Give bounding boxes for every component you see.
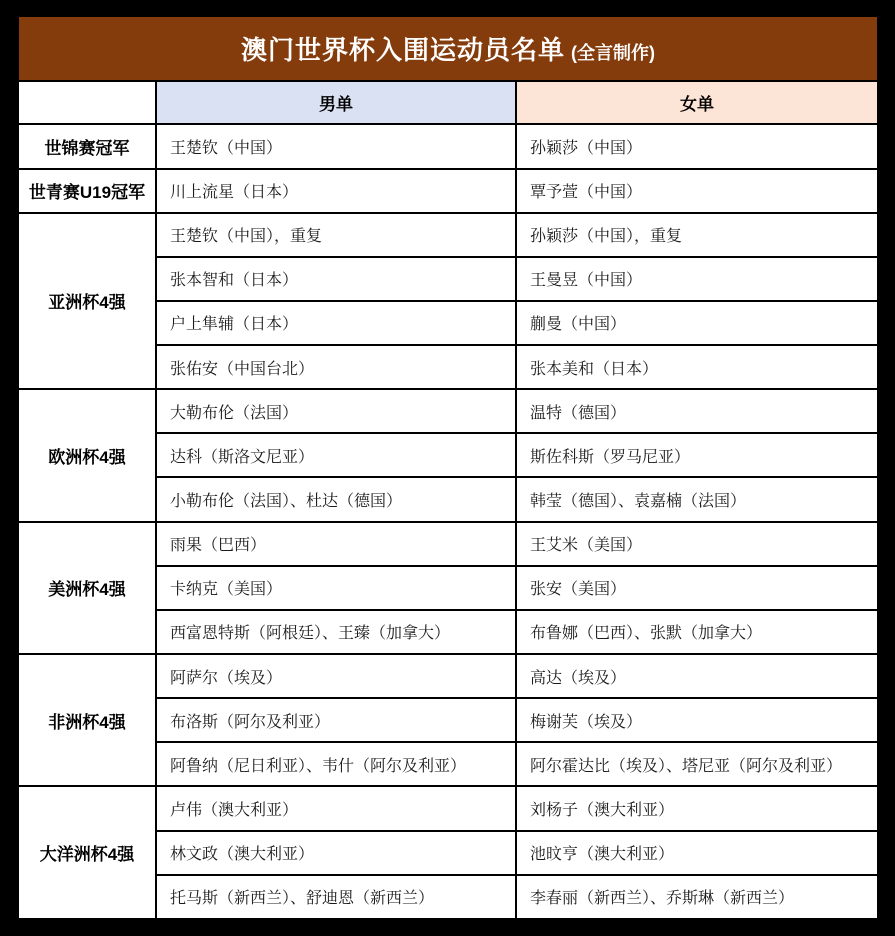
women-player-cell: 王曼昱（中国）	[516, 257, 878, 301]
men-player-cell: 西富恩特斯（阿根廷）、王臻（加拿大）	[156, 610, 516, 654]
column-header-row: 男单 女单	[18, 81, 878, 124]
men-player-cell: 林文政（澳大利亚）	[156, 831, 516, 875]
men-player-cell: 张佑安（中国台北）	[156, 345, 516, 389]
men-player-cell: 布洛斯（阿尔及利亚）	[156, 698, 516, 742]
table-frame: 澳门世界杯入围运动员名单(全言制作) 男单 女单 世锦赛冠军王楚钦（中国）孙颖莎…	[17, 15, 877, 920]
men-player-cell: 卡纳克（美国）	[156, 566, 516, 610]
men-player-cell: 阿萨尔（埃及）	[156, 654, 516, 698]
table-row: 大洋洲杯4强卢伟（澳大利亚）刘杨子（澳大利亚）	[18, 786, 878, 830]
header-mens-singles: 男单	[156, 81, 516, 124]
women-player-cell: 张安（美国）	[516, 566, 878, 610]
players-table: 澳门世界杯入围运动员名单(全言制作) 男单 女单 世锦赛冠军王楚钦（中国）孙颖莎…	[17, 15, 879, 920]
header-womens-singles: 女单	[516, 81, 878, 124]
category-cell: 大洋洲杯4强	[18, 786, 156, 919]
women-player-cell: 覃予萱（中国）	[516, 169, 878, 213]
women-player-cell: 池旼亨（澳大利亚）	[516, 831, 878, 875]
women-player-cell: 王艾米（美国）	[516, 522, 878, 566]
category-cell: 欧洲杯4强	[18, 389, 156, 521]
women-player-cell: 梅谢芙（埃及）	[516, 698, 878, 742]
men-player-cell: 托马斯（新西兰）、舒迪恩（新西兰）	[156, 875, 516, 919]
category-cell: 世青赛U19冠军	[18, 169, 156, 213]
men-player-cell: 小勒布伦（法国）、杜达（德国）	[156, 477, 516, 521]
women-player-cell: 阿尔霍达比（埃及）、塔尼亚（阿尔及利亚）	[516, 742, 878, 786]
table-body: 世锦赛冠军王楚钦（中国）孙颖莎（中国）世青赛U19冠军川上流星（日本）覃予萱（中…	[18, 124, 878, 919]
women-player-cell: 张本美和（日本）	[516, 345, 878, 389]
men-player-cell: 户上隼辅（日本）	[156, 301, 516, 345]
header-category-empty	[18, 81, 156, 124]
women-player-cell: 孙颖莎（中国），重复	[516, 213, 878, 257]
men-player-cell: 川上流星（日本）	[156, 169, 516, 213]
table-row: 美洲杯4强雨果（巴西）王艾米（美国）	[18, 522, 878, 566]
men-player-cell: 张本智和（日本）	[156, 257, 516, 301]
men-player-cell: 卢伟（澳大利亚）	[156, 786, 516, 830]
category-cell: 美洲杯4强	[18, 522, 156, 654]
women-player-cell: 高达（埃及）	[516, 654, 878, 698]
table-row: 世锦赛冠军王楚钦（中国）孙颖莎（中国）	[18, 124, 878, 168]
title-credit: (全言制作)	[571, 43, 655, 63]
women-player-cell: 蒯曼（中国）	[516, 301, 878, 345]
men-player-cell: 雨果（巴西）	[156, 522, 516, 566]
women-player-cell: 李春丽（新西兰）、乔斯琳（新西兰）	[516, 875, 878, 919]
table-row: 世青赛U19冠军川上流星（日本）覃予萱（中国）	[18, 169, 878, 213]
women-player-cell: 温特（德国）	[516, 389, 878, 433]
category-cell: 世锦赛冠军	[18, 124, 156, 168]
men-player-cell: 王楚钦（中国），重复	[156, 213, 516, 257]
table-row: 非洲杯4强阿萨尔（埃及）高达（埃及）	[18, 654, 878, 698]
women-player-cell: 韩莹（德国）、袁嘉楠（法国）	[516, 477, 878, 521]
category-cell: 亚洲杯4强	[18, 213, 156, 390]
table-title-cell: 澳门世界杯入围运动员名单(全言制作)	[18, 16, 878, 81]
men-player-cell: 王楚钦（中国）	[156, 124, 516, 168]
men-player-cell: 大勒布伦（法国）	[156, 389, 516, 433]
men-player-cell: 阿鲁纳（尼日利亚）、韦什（阿尔及利亚）	[156, 742, 516, 786]
women-player-cell: 布鲁娜（巴西）、张默（加拿大）	[516, 610, 878, 654]
men-player-cell: 达科（斯洛文尼亚）	[156, 433, 516, 477]
women-player-cell: 斯佐科斯（罗马尼亚）	[516, 433, 878, 477]
women-player-cell: 孙颖莎（中国）	[516, 124, 878, 168]
title-row: 澳门世界杯入围运动员名单(全言制作)	[18, 16, 878, 81]
page-title: 澳门世界杯入围运动员名单	[241, 35, 565, 65]
table-row: 欧洲杯4强大勒布伦（法国）温特（德国）	[18, 389, 878, 433]
table-row: 亚洲杯4强王楚钦（中国），重复孙颖莎（中国），重复	[18, 213, 878, 257]
category-cell: 非洲杯4强	[18, 654, 156, 786]
women-player-cell: 刘杨子（澳大利亚）	[516, 786, 878, 830]
